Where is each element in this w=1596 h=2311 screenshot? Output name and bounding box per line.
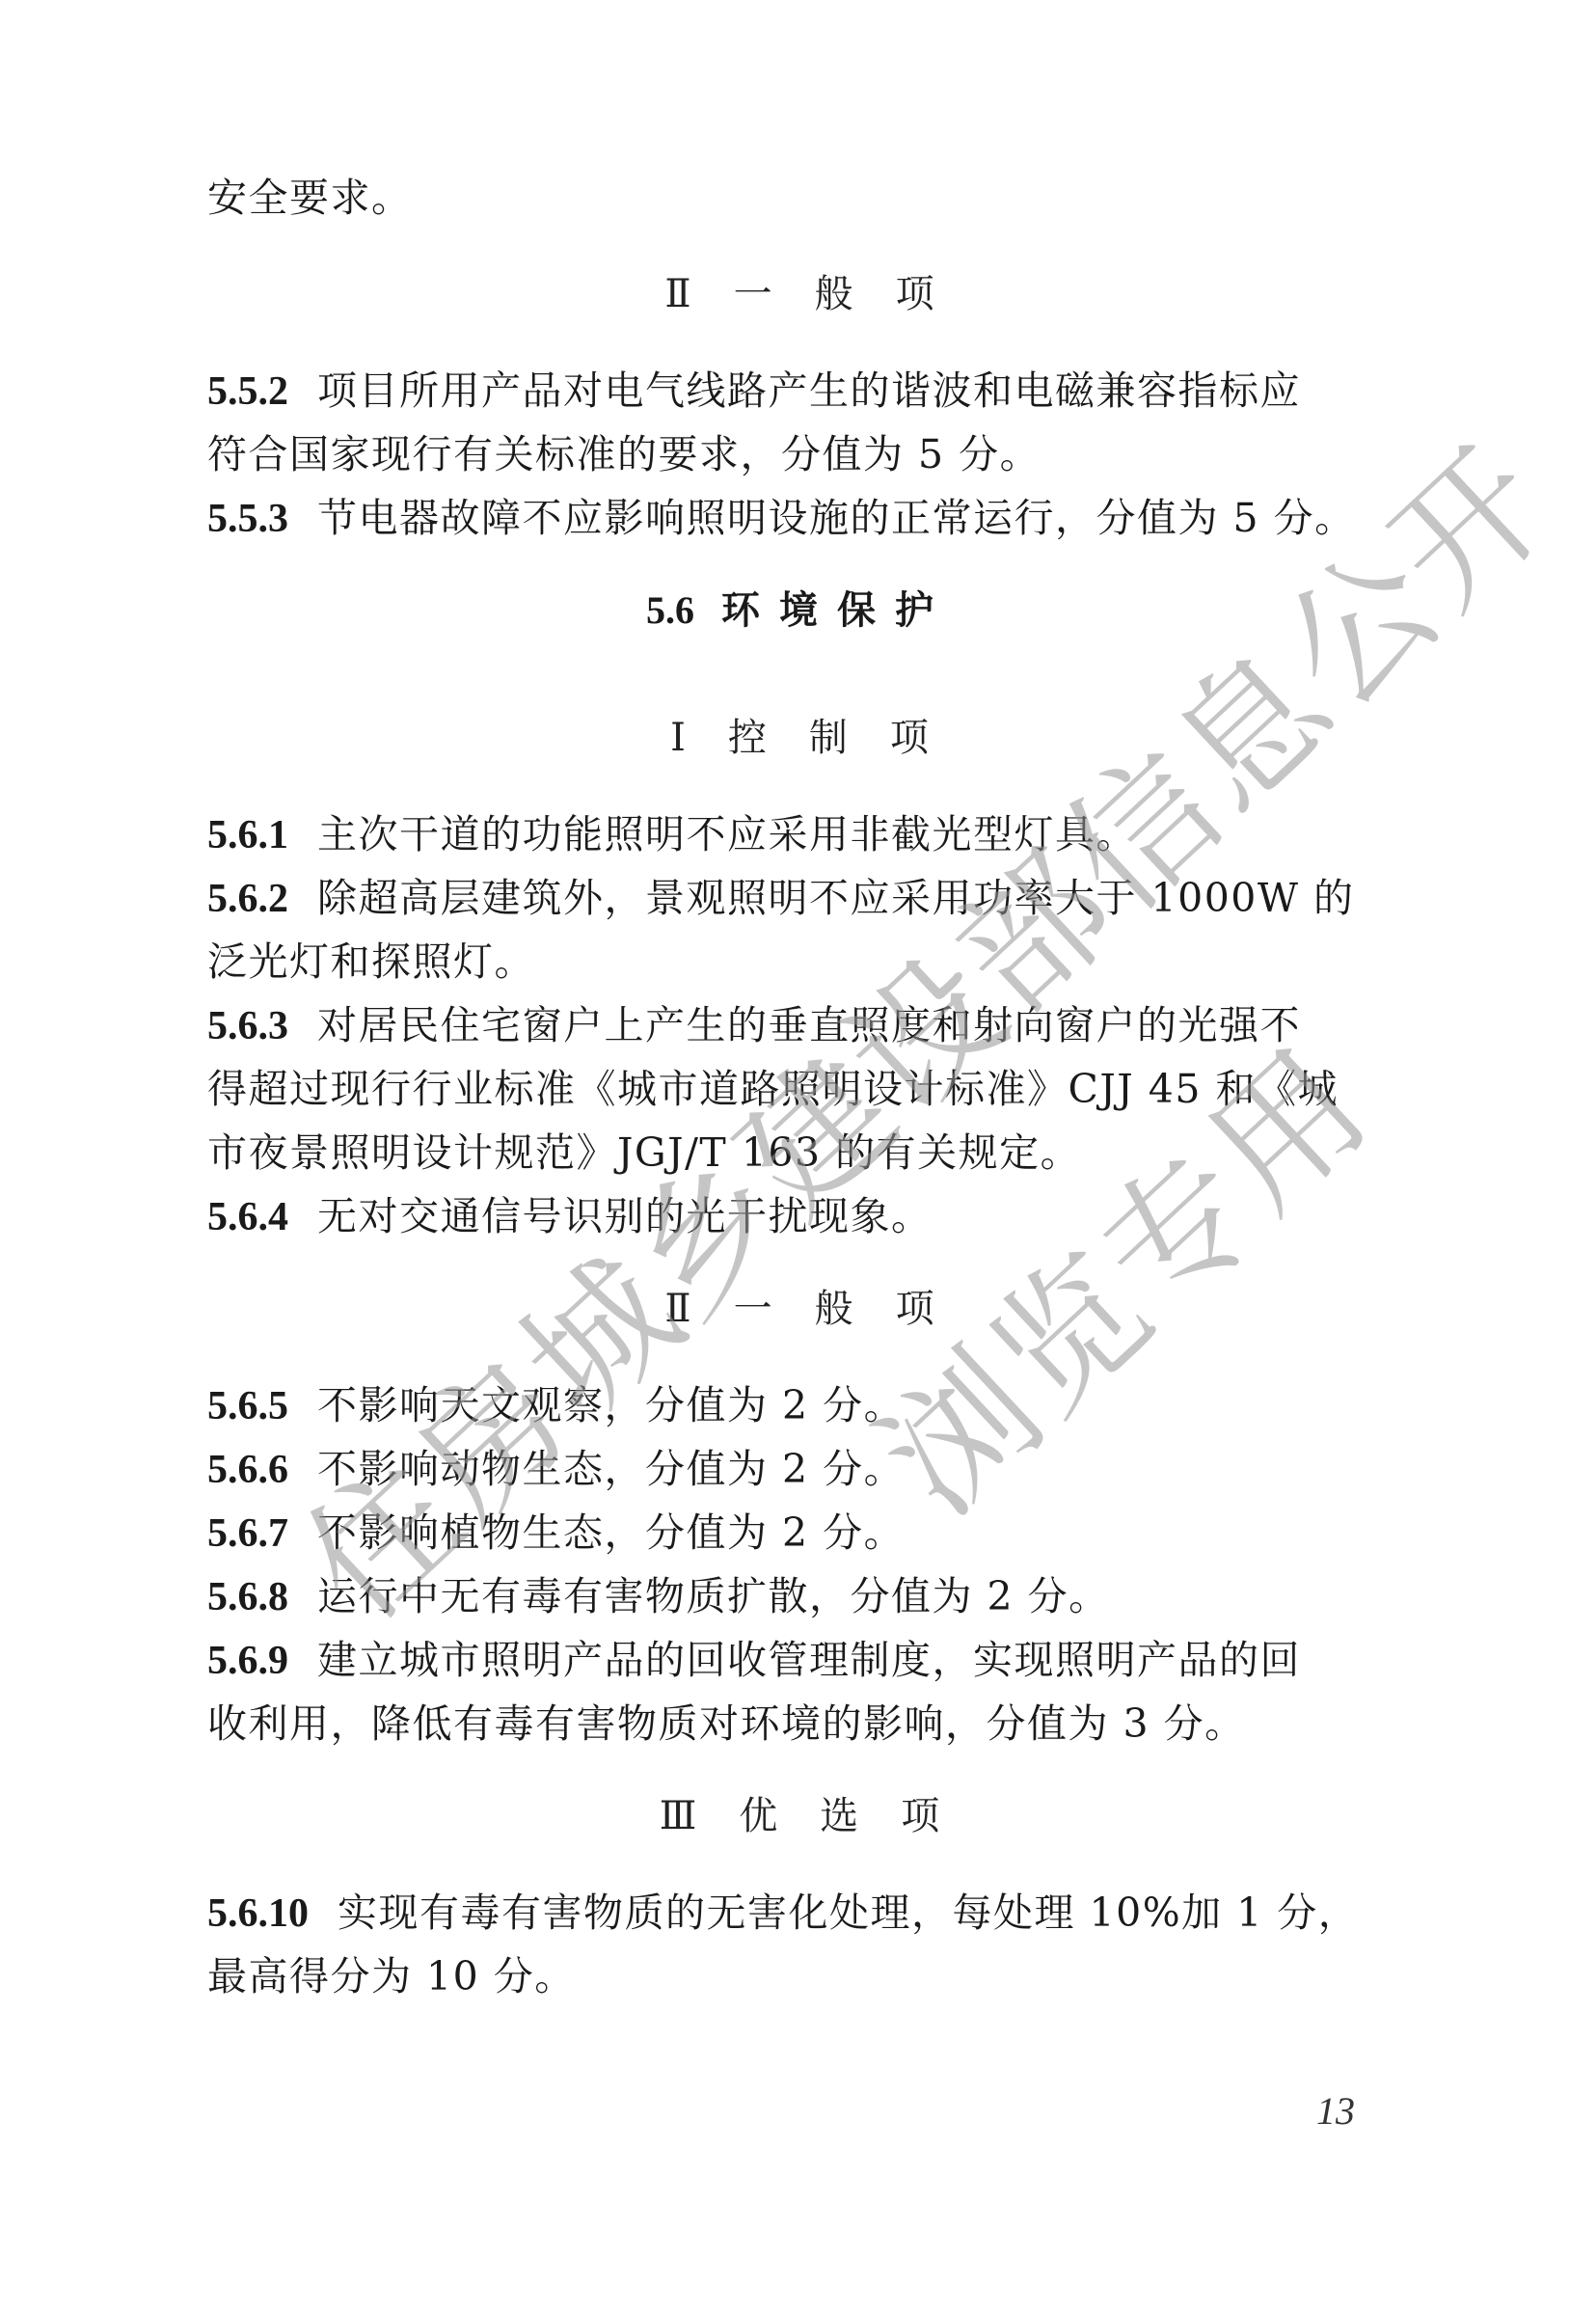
roman-numeral: Ⅲ <box>660 1784 697 1848</box>
clause-number: 5.6.9 <box>207 1639 288 1683</box>
subheading-char: 一 <box>734 262 772 326</box>
subheading-char: 优 <box>739 1784 777 1848</box>
clause-5-6-10-cont: 最高得分为 10 分。 <box>207 1944 1392 2008</box>
subheading-char: 控 <box>728 706 767 770</box>
subheading-optional: Ⅲ优选项 <box>207 1784 1392 1848</box>
clause-5-6-6: 5.6.6不影响动物生态，分值为 2 分。 <box>207 1437 1392 1501</box>
clause-text: 无对交通信号识别的光干扰现象。 <box>317 1193 933 1239</box>
section-number: 5.6 <box>646 588 694 632</box>
clause-5-6-2-cont: 泛光灯和探照灯。 <box>207 930 1392 993</box>
clause-5-6-4: 5.6.4无对交通信号识别的光干扰现象。 <box>207 1184 1392 1248</box>
clause-5-6-9-cont: 收利用，降低有毒有害物质对环境的影响，分值为 3 分。 <box>207 1692 1392 1755</box>
subheading-general-5-6: Ⅱ一般项 <box>207 1277 1392 1341</box>
roman-numeral: Ⅱ <box>664 262 690 326</box>
clause-5-6-7: 5.6.7不影响植物生态，分值为 2 分。 <box>207 1501 1392 1564</box>
clause-number: 5.6.7 <box>207 1511 288 1556</box>
roman-numeral: Ⅰ <box>670 706 686 770</box>
subheading-char: 项 <box>901 1784 939 1848</box>
clause-text: 运行中无有毒有害物质扩散，分值为 2 分。 <box>317 1573 1110 1619</box>
page-number: 13 <box>1316 2088 1355 2134</box>
clause-number: 5.5.2 <box>207 369 288 414</box>
clause-number: 5.6.2 <box>207 877 288 921</box>
continuation-text: 安全要求。 <box>207 166 1392 230</box>
section-heading-5-6: 5.6环境保护 <box>207 579 1392 642</box>
clause-number: 5.6.3 <box>207 1004 288 1048</box>
clause-5-6-9: 5.6.9建立城市照明产品的回收管理制度，实现照明产品的回 <box>207 1628 1392 1692</box>
clause-text: 节电器故障不应影响照明设施的正常运行，分值为 5 分。 <box>317 495 1356 541</box>
clause-number: 5.6.5 <box>207 1384 288 1428</box>
section-title: 环境保护 <box>721 588 953 633</box>
clause-5-5-3: 5.5.3节电器故障不应影响照明设施的正常运行，分值为 5 分。 <box>207 486 1392 550</box>
clause-5-5-2-cont: 符合国家现行有关标准的要求，分值为 5 分。 <box>207 422 1392 486</box>
clause-text: 对居民住宅窗户上产生的垂直照度和射向窗户的光强不 <box>317 1002 1301 1048</box>
clause-text: 项目所用产品对电气线路产生的谐波和电磁兼容指标应 <box>317 367 1301 414</box>
subheading-char: 项 <box>896 262 934 326</box>
clause-text: 不影响天文观察，分值为 2 分。 <box>317 1382 905 1428</box>
document-page: 安全要求。 Ⅱ一般项 5.5.2项目所用产品对电气线路产生的谐波和电磁兼容指标应… <box>0 0 1596 2311</box>
clause-5-6-10: 5.6.10实现有毒有害物质的无害化处理，每处理 10%加 1 分， <box>207 1881 1392 1944</box>
clause-number: 5.6.1 <box>207 813 288 857</box>
clause-text: 主次干道的功能照明不应采用非截光型灯具。 <box>317 811 1137 857</box>
clause-5-5-2: 5.5.2项目所用产品对电气线路产生的谐波和电磁兼容指标应 <box>207 359 1392 422</box>
roman-numeral: Ⅱ <box>664 1277 690 1341</box>
clause-5-6-3: 5.6.3对居民住宅窗户上产生的垂直照度和射向窗户的光强不 <box>207 993 1392 1057</box>
clause-5-6-2: 5.6.2除超高层建筑外，景观照明不应采用功率大于 1000W 的 <box>207 866 1392 930</box>
clause-number: 5.6.10 <box>207 1891 309 1936</box>
subheading-char: 选 <box>820 1784 858 1848</box>
subheading-char: 般 <box>815 262 853 326</box>
subheading-char: 项 <box>896 1277 934 1341</box>
clause-number: 5.6.4 <box>207 1195 288 1239</box>
subheading-char: 项 <box>890 706 929 770</box>
subheading-control: Ⅰ控制项 <box>207 706 1392 770</box>
clause-5-6-3-cont-2: 市夜景照明设计规范》JGJ/T 163 的有关规定。 <box>207 1121 1392 1184</box>
clause-5-6-3-cont-1: 得超过现行行业标准《城市道路照明设计标准》CJJ 45 和《城 <box>207 1057 1392 1121</box>
clause-text: 实现有毒有害物质的无害化处理，每处理 10%加 1 分， <box>338 1890 1359 1936</box>
subheading-char: 制 <box>809 706 848 770</box>
clause-number: 5.5.3 <box>207 497 288 541</box>
clause-5-6-5: 5.6.5不影响天文观察，分值为 2 分。 <box>207 1373 1392 1437</box>
subheading-general-5-5: Ⅱ一般项 <box>207 262 1392 326</box>
clause-text: 建立城市照明产品的回收管理制度，实现照明产品的回 <box>317 1637 1301 1683</box>
clause-number: 5.6.8 <box>207 1575 288 1619</box>
clause-text: 不影响植物生态，分值为 2 分。 <box>317 1509 905 1556</box>
clause-5-6-1: 5.6.1主次干道的功能照明不应采用非截光型灯具。 <box>207 802 1392 866</box>
clause-5-6-8: 5.6.8运行中无有毒有害物质扩散，分值为 2 分。 <box>207 1564 1392 1628</box>
clause-number: 5.6.6 <box>207 1448 288 1492</box>
clause-text: 不影响动物生态，分值为 2 分。 <box>317 1446 905 1492</box>
subheading-char: 一 <box>734 1277 772 1341</box>
clause-text: 除超高层建筑外，景观照明不应采用功率大于 1000W 的 <box>317 875 1355 921</box>
subheading-char: 般 <box>815 1277 853 1341</box>
